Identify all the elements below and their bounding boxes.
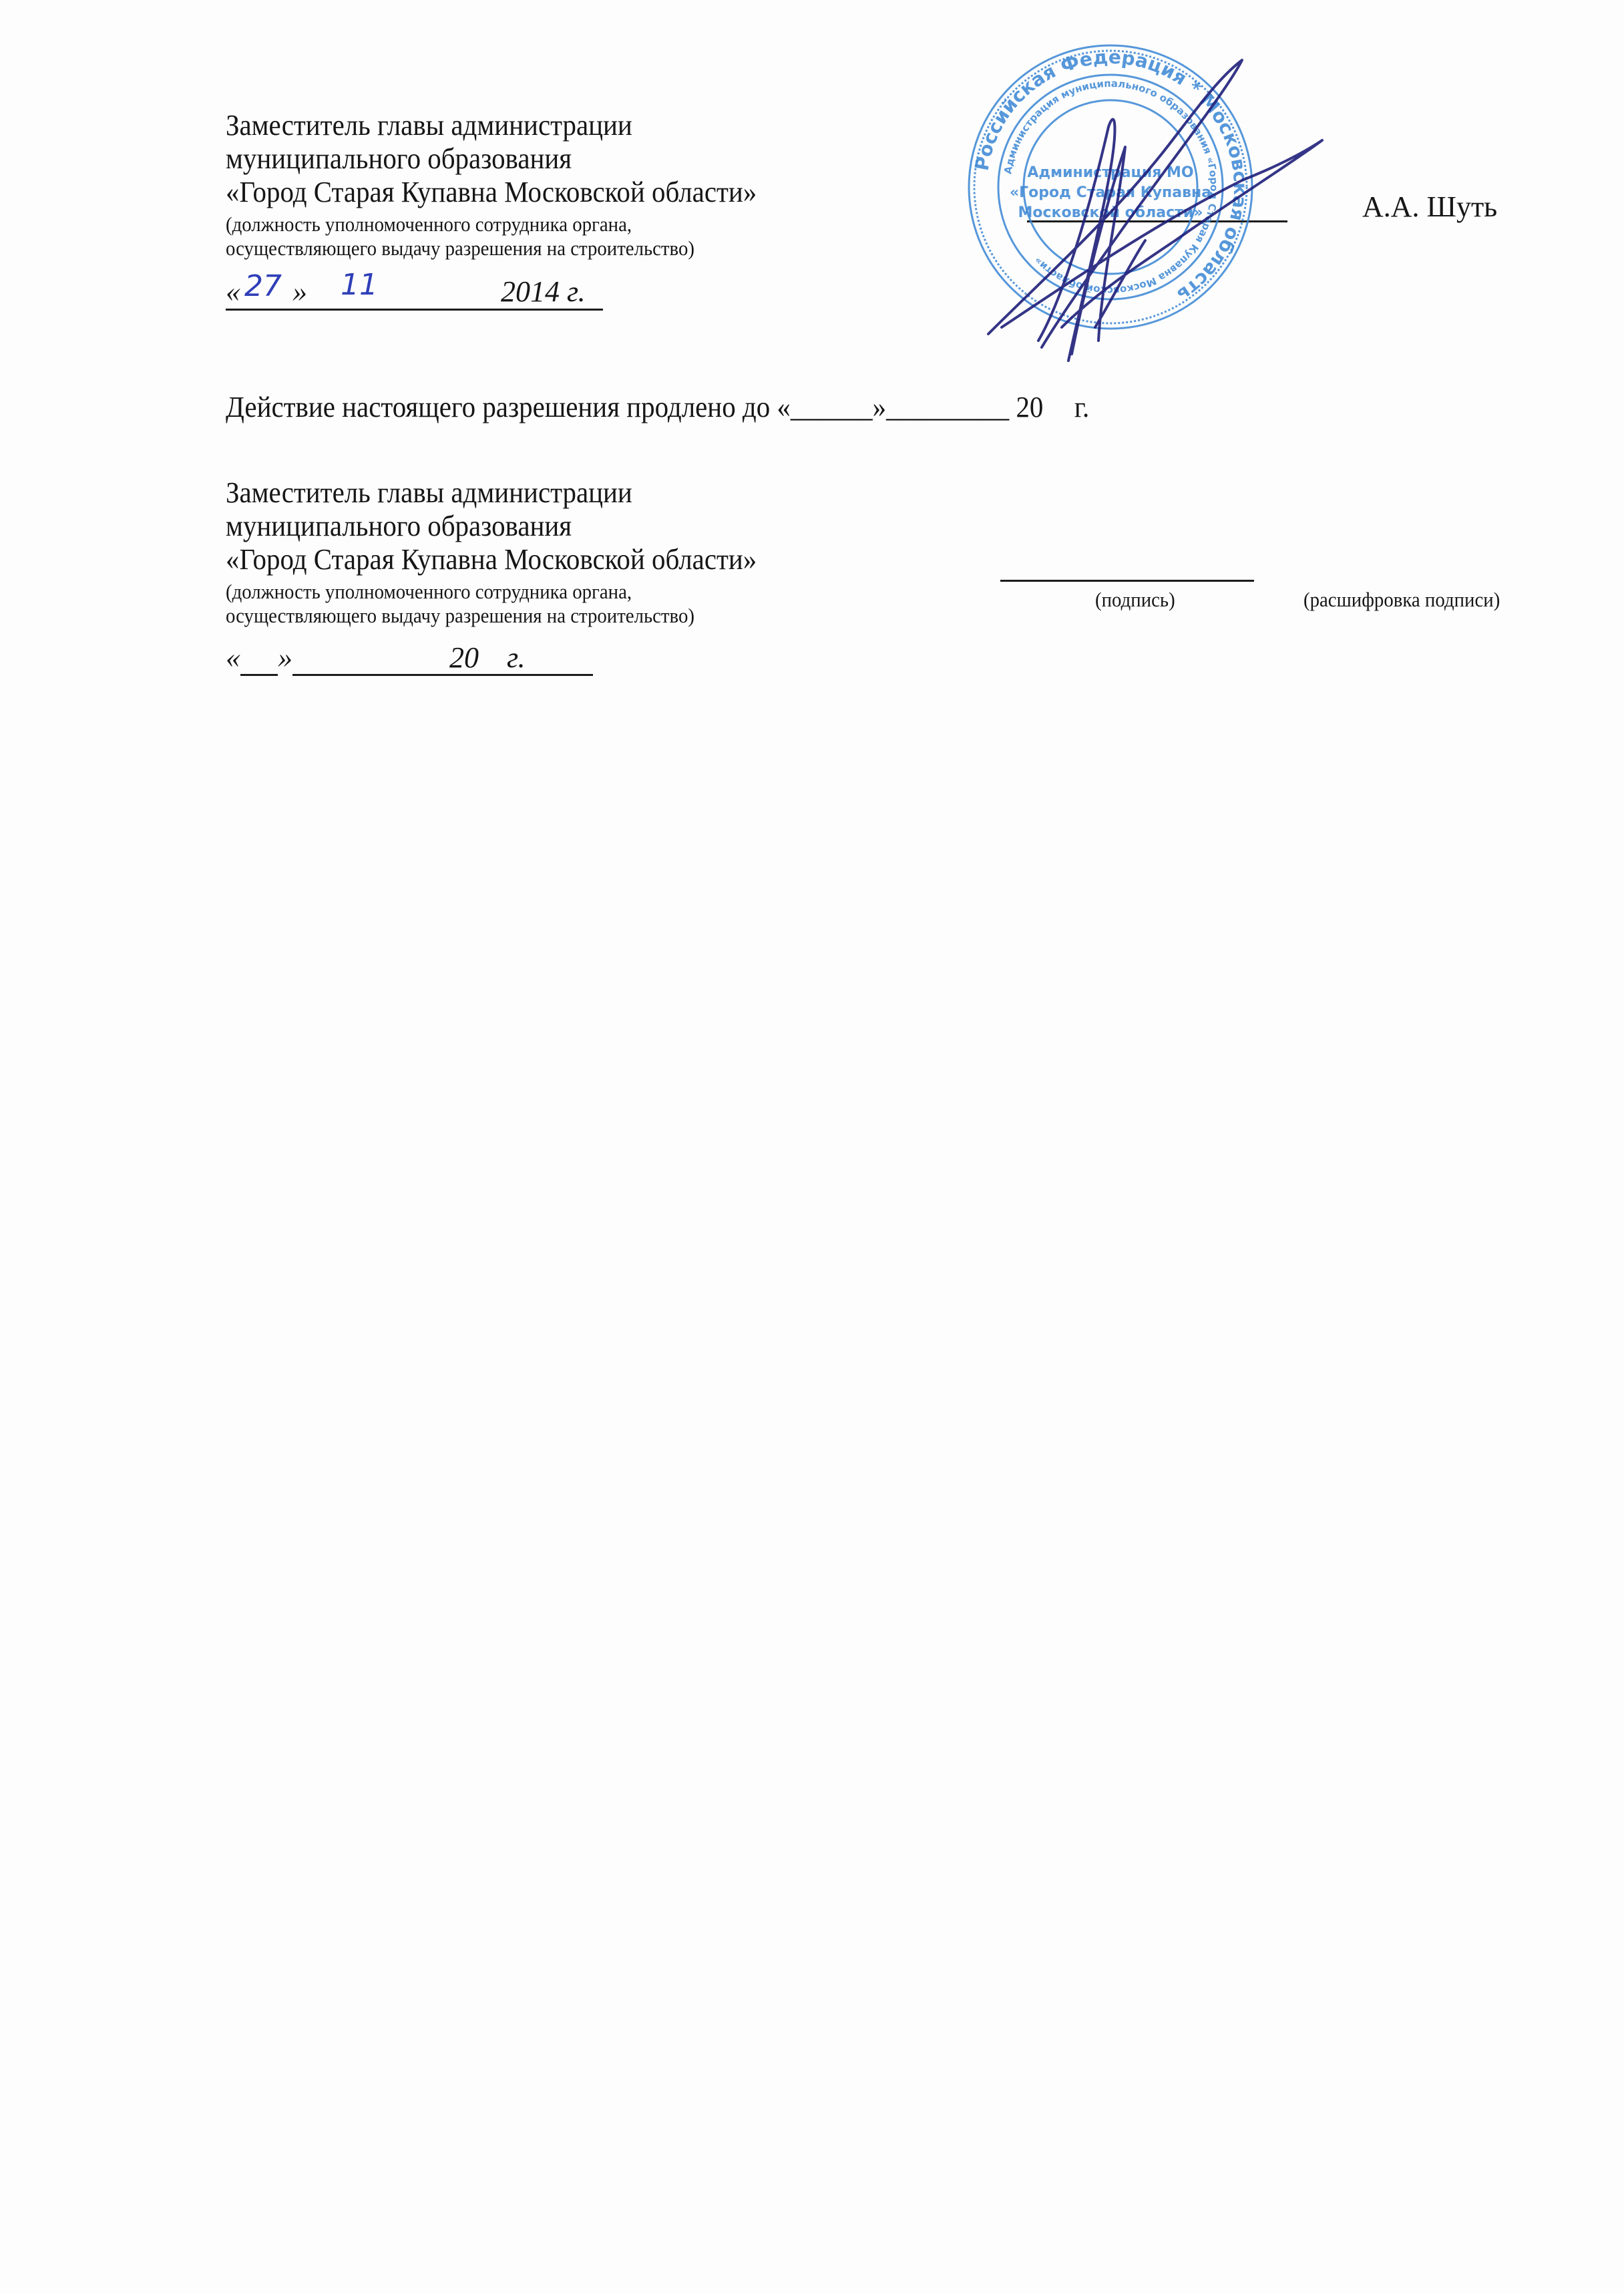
position-title-line-3: «Город Старая Купавна Московской области… [226,176,757,208]
signature-decoding-caption: (расшифровка подписи) [1303,588,1500,612]
extension-date: « » 20г. [226,641,593,676]
position-caption-line-2: осуществляющего выдачу разрешения на стр… [226,236,694,260]
date2-blank-month[interactable] [292,641,449,674]
position-title-2-line-2: муниципального образования [226,510,572,542]
position-title-2-line-1: Заместитель главы администрации [226,476,632,509]
extension-blank-month[interactable]: _________ [886,391,1009,423]
date-day-handwritten: 27 [244,270,282,303]
position-caption-2-line-2: осуществляющего выдачу разрешения на стр… [226,604,694,628]
date2-blank-day[interactable] [240,641,278,676]
signature-line-2[interactable] [1000,580,1254,582]
date-close-quote: » [292,275,307,308]
extension-text: Действие настоящего разрешения продлено … [226,391,791,423]
date-year: 2014 г. [501,275,586,308]
position-caption-2-line-1: (должность уполномоченного сотрудника ор… [226,580,632,604]
date-month-handwritten: 11 [341,269,378,301]
handwritten-signature [962,47,1336,381]
position-title-line-2: муниципального образования [226,142,572,175]
date2-open-quote: « [226,641,240,674]
position-title-line-1: Заместитель главы администрации [226,109,632,142]
extension-year-suffix: г. [1074,391,1089,423]
date-open-quote: « [226,275,240,308]
position-caption-line-1: (должность уполномоченного сотрудника ор… [226,212,632,236]
date2-close-quote: » [278,641,292,674]
signer-name: А.А. Шуть [1362,190,1497,223]
extension-year-prefix: 20 [1009,391,1043,423]
date2-year: 20 [449,641,479,674]
signature-caption: (подпись) [1095,588,1175,612]
extension-statement: Действие настоящего разрешения продлено … [226,391,1089,423]
date2-year-suffix: г. [507,641,526,674]
extension-blank-day[interactable]: ______ [791,391,873,423]
position-title-2-line-3: «Город Старая Купавна Московской области… [226,543,757,576]
extension-close-quote: » [873,391,886,423]
issue-date: « 27 » 11 2014 г. [226,274,603,317]
